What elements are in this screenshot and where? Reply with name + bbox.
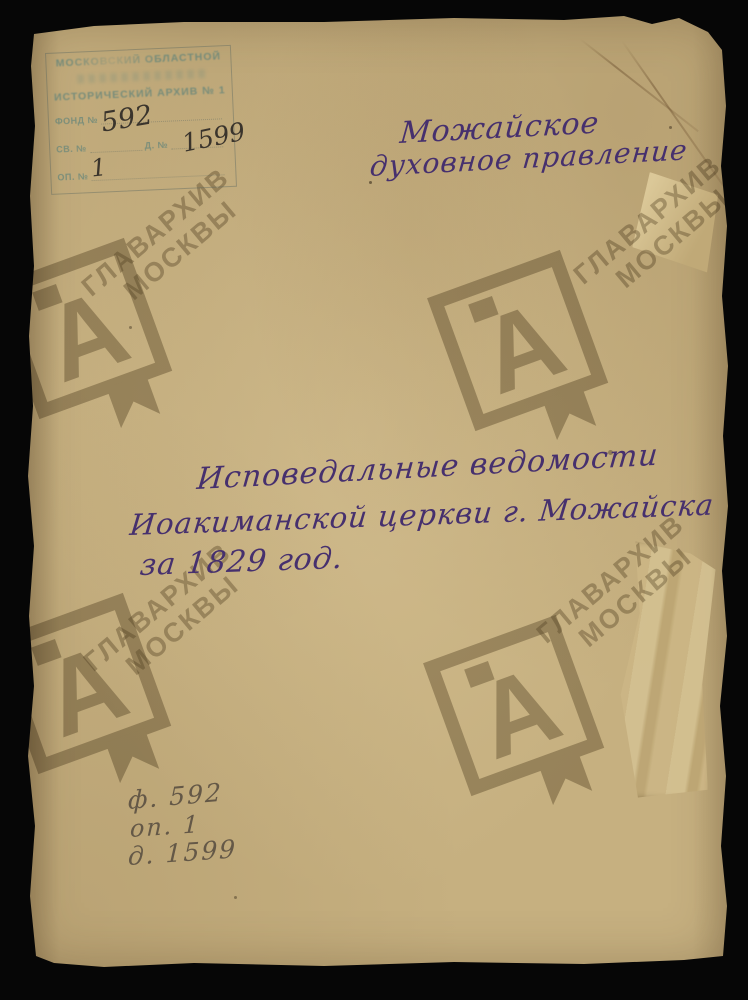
- reference-fond: ф. 592: [128, 778, 223, 815]
- stamp-opis-row: ОП. №: [57, 164, 227, 182]
- reference-delo: д. 1599: [127, 834, 237, 871]
- svg-text:А: А: [461, 643, 575, 782]
- archive-folder-photo: А ГЛАВАРХИВ МОСКВЫ А ГЛАВАРХИВ МОСКВЫ А: [0, 0, 748, 1000]
- title-line-1: Исповедальные ведомости: [195, 438, 660, 497]
- archive-stamp: МОСКОВСКИЙ ОБЛАСТНОЙ ИСТОРИЧЕСКИЙ АРХИВ …: [45, 45, 237, 195]
- title-line-3: за 1829 год.: [138, 541, 345, 583]
- svg-text:А: А: [465, 278, 579, 417]
- stamp-delo-number: 1599: [180, 117, 248, 158]
- stamp-opis-number: 1: [90, 153, 108, 183]
- stamp-illegible-line: [77, 69, 207, 84]
- stamp-org-line1: МОСКОВСКИЙ ОБЛАСТНОЙ: [46, 50, 230, 70]
- folder-cover: А ГЛАВАРХИВ МОСКВЫ А ГЛАВАРХИВ МОСКВЫ А: [24, 16, 728, 968]
- stamp-fond-number: 592: [99, 99, 155, 138]
